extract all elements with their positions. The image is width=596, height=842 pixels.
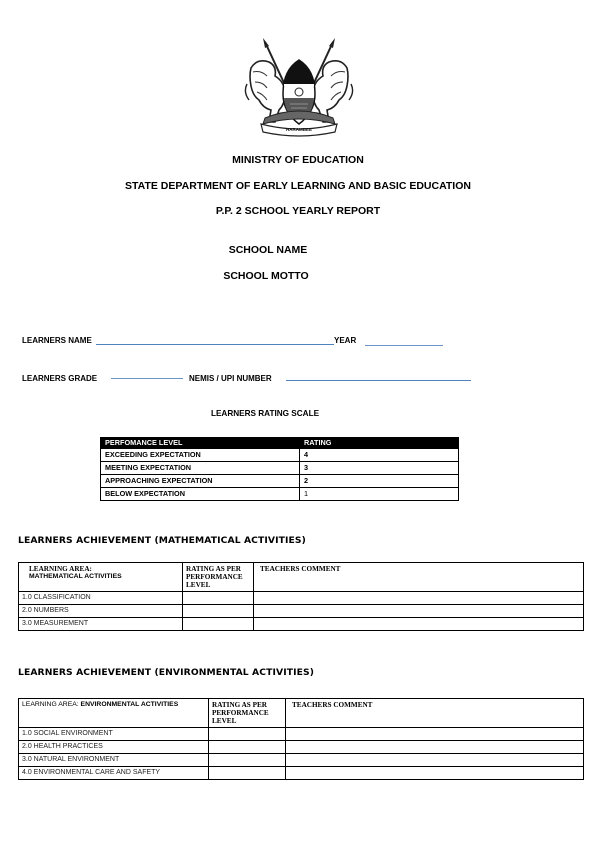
learners-name-field[interactable] (96, 344, 334, 345)
math-section-title: LEARNERS ACHIEVEMENT (MATHEMATICAL ACTIV… (18, 535, 306, 546)
ministry-title: MINISTRY OF EDUCATION (0, 154, 596, 166)
comment-cell[interactable] (286, 767, 584, 780)
nemis-field[interactable] (286, 380, 471, 381)
school-name: SCHOOL NAME (0, 244, 566, 256)
col-header-teachers-comment: TEACHERS COMMENT (286, 699, 584, 728)
table-row: BELOW EXPECTATION 1 (101, 488, 459, 501)
learners-grade-field[interactable] (111, 378, 183, 379)
math-achievement-table: LEARNING AREA: MATHEMATICAL ACTIVITIES R… (18, 562, 584, 631)
comment-cell[interactable] (254, 592, 584, 605)
table-row: 2.0 HEALTH PRACTICES (19, 741, 584, 754)
rating-scale-title: LEARNERS RATING SCALE (0, 409, 530, 418)
table-row: 4.0 ENVIRONMENTAL CARE AND SAFETY (19, 767, 584, 780)
school-motto: SCHOOL MOTTO (0, 270, 564, 282)
table-row: MEETING EXPECTATION 3 (101, 462, 459, 475)
col-header-teachers-comment: TEACHERS COMMENT (254, 563, 584, 592)
col-header-rating: RATING AS PER PERFORMANCE LEVEL (183, 563, 254, 592)
table-row: APPROACHING EXPECTATION 2 (101, 475, 459, 488)
rating-scale-table: PERFOMANCE LEVEL RATING EXCEEDING EXPECT… (100, 437, 459, 501)
learners-name-label: LEARNERS NAME (22, 336, 92, 345)
learners-grade-label: LEARNERS GRADE (22, 374, 97, 383)
table-row: EXCEEDING EXPECTATION 4 (101, 449, 459, 462)
col-header-learning-area: LEARNING AREA: MATHEMATICAL ACTIVITIES (19, 563, 183, 592)
year-field[interactable] (365, 345, 443, 346)
table-row: 1.0 SOCIAL ENVIRONMENT (19, 728, 584, 741)
rating-cell[interactable] (209, 728, 286, 741)
rating-cell[interactable] (183, 618, 254, 631)
svg-text:HARAMBEE: HARAMBEE (286, 127, 312, 132)
comment-cell[interactable] (286, 728, 584, 741)
col-header-performance-level: PERFOMANCE LEVEL (101, 438, 300, 449)
table-row: 2.0 NUMBERS (19, 605, 584, 618)
table-row: 3.0 NATURAL ENVIRONMENT (19, 754, 584, 767)
col-header-learning-area: LEARNING AREA: ENVIRONMENTAL ACTIVITIES (19, 699, 209, 728)
report-title: P.P. 2 SCHOOL YEARLY REPORT (0, 205, 596, 217)
env-achievement-table: LEARNING AREA: ENVIRONMENTAL ACTIVITIES … (18, 698, 584, 780)
comment-cell[interactable] (286, 741, 584, 754)
comment-cell[interactable] (286, 754, 584, 767)
coat-of-arms-icon: HARAMBEE (243, 38, 355, 138)
rating-cell[interactable] (209, 754, 286, 767)
year-label: YEAR (334, 336, 356, 345)
comment-cell[interactable] (254, 618, 584, 631)
table-row: 1.0 CLASSIFICATION (19, 592, 584, 605)
rating-cell[interactable] (209, 767, 286, 780)
department-title: STATE DEPARTMENT OF EARLY LEARNING AND B… (0, 180, 596, 192)
rating-cell[interactable] (183, 592, 254, 605)
rating-cell[interactable] (209, 741, 286, 754)
col-header-rating: RATING (300, 438, 459, 449)
env-section-title: LEARNERS ACHIEVEMENT (ENVIRONMENTAL ACTI… (18, 667, 314, 678)
comment-cell[interactable] (254, 605, 584, 618)
rating-cell[interactable] (183, 605, 254, 618)
nemis-label: NEMIS / UPI NUMBER (189, 374, 272, 383)
table-row: 3.0 MEASUREMENT (19, 618, 584, 631)
col-header-rating: RATING AS PER PERFORMANCE LEVEL (209, 699, 286, 728)
